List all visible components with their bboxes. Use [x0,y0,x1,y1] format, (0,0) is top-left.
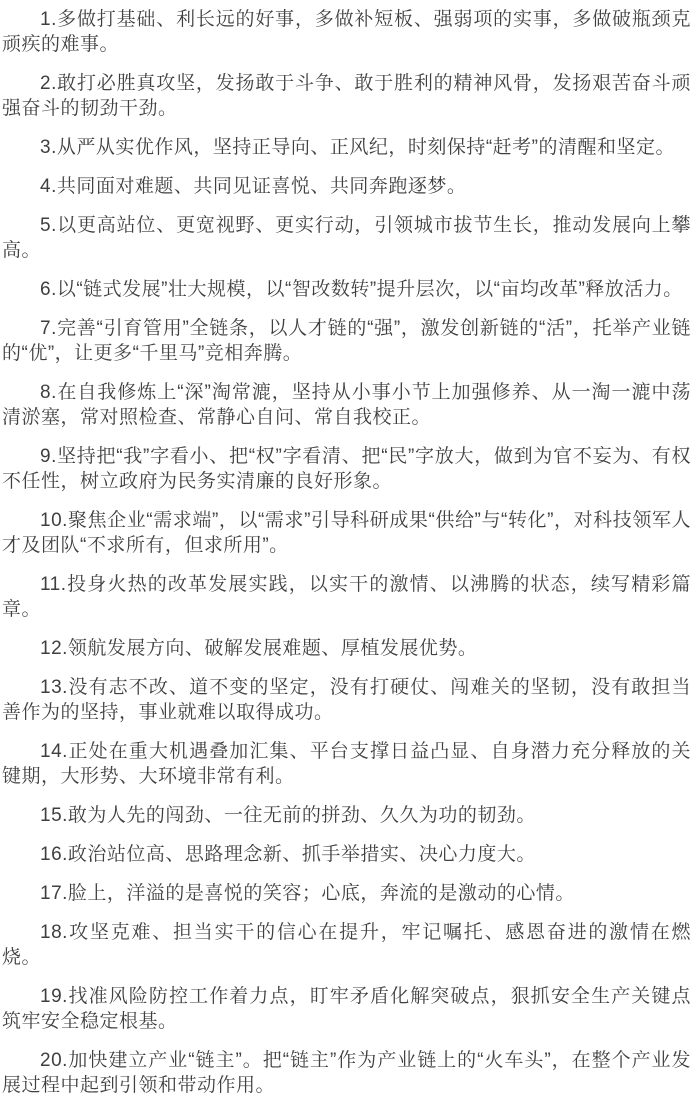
list-item-20: 20.加快建立产业“链主”。把“链主”作为产业链上的“火车头”，在整个产业发展过… [2,1048,691,1097]
list-item-10: 10.聚焦企业“需求端”，以“需求”引导科研成果“供给”与“转化”，对科技领军人… [2,508,691,558]
list-item-17: 17.脸上，洋溢的是喜悦的笑容；心底，奔流的是激动的心情。 [2,881,691,906]
list-item-3: 3.从严从实优作风，坚持正导向、正风纪，时刻保持“赶考”的清醒和坚定。 [2,135,691,160]
list-item-11: 11.投身火热的改革发展实践，以实干的激情、以沸腾的状态，续写精彩篇章。 [2,572,691,622]
list-item-7: 7.完善“引育管用”全链条，以人才链的“强”，激发创新链的“活”，托举产业链的“… [2,316,691,366]
document-body: 1.多做打基础、利长远的好事，多做补短板、强弱项的实事，多做破瓶颈克顽疾的难事。… [0,0,693,1097]
list-item-12: 12.领航发展方向、破解发展难题、厚植发展优势。 [2,636,691,661]
list-item-19: 19.找准风险防控工作着力点，盯牢矛盾化解突破点，狠抓安全生产关键点筑牢安全稳定… [2,984,691,1034]
list-item-13: 13.没有志不改、道不变的坚定，没有打硬仗、闯难关的坚韧，没有敢担当善作为的坚持… [2,675,691,725]
list-item-15: 15.敢为人先的闯劲、一往无前的拼劲、久久为功的韧劲。 [2,803,691,828]
list-item-14: 14.正处在重大机遇叠加汇集、平台支撑日益凸显、自身潜力充分释放的关键期，大形势… [2,739,691,789]
list-item-2: 2.敢打必胜真攻坚，发扬敢于斗争、敢于胜利的精神风骨，发扬艰苦奋斗顽强奋斗的韧劲… [2,71,691,121]
list-item-16: 16.政治站位高、思路理念新、抓手举措实、决心力度大。 [2,842,691,867]
list-item-8: 8.在自我修炼上“深”淘常漉，坚持从小事小节上加强修养、从一淘一漉中荡清淤塞，常… [2,380,691,430]
list-item-4: 4.共同面对难题、共同见证喜悦、共同奔跑逐梦。 [2,174,691,199]
list-item-6: 6.以“链式发展”壮大规模，以“智改数转”提升层次，以“亩均改革”释放活力。 [2,277,691,302]
list-item-5: 5.以更高站位、更宽视野、更实行动，引领城市拔节生长，推动发展向上攀高。 [2,213,691,263]
list-item-1: 1.多做打基础、利长远的好事，多做补短板、强弱项的实事，多做破瓶颈克顽疾的难事。 [2,7,691,57]
list-item-18: 18.攻坚克难、担当实干的信心在提升，牢记嘱托、感恩奋进的激情在燃烧。 [2,920,691,970]
list-item-9: 9.坚持把“我”字看小、把“权”字看清、把“民”字放大，做到为官不妄为、有权不任… [2,444,691,494]
